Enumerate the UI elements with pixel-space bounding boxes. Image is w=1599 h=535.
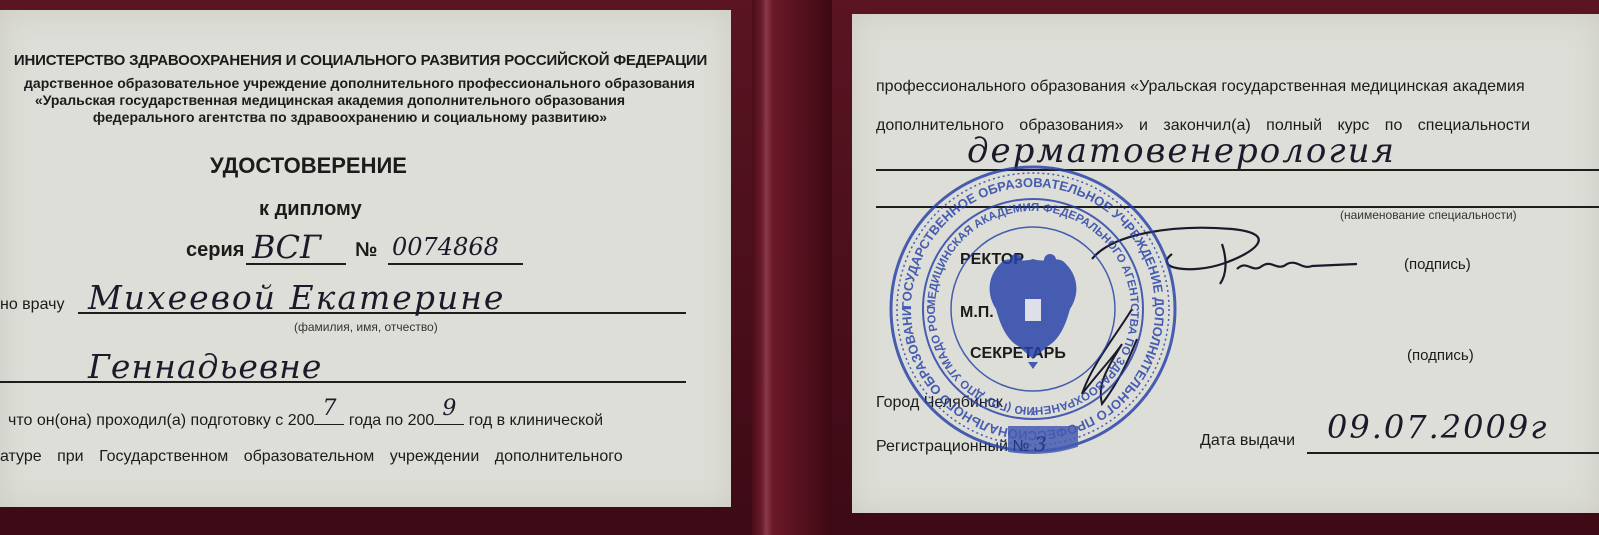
cover-spine: [752, 0, 832, 535]
issue-date-underline: [1307, 452, 1599, 454]
number-value: 0074868: [392, 233, 499, 261]
rector-signature-icon: [1052, 214, 1372, 294]
document-title: УДОСТОВЕРЕНИЕ: [210, 153, 407, 179]
recipient-name-line-1: Михеевой Екатерине: [88, 278, 505, 317]
document-subtitle: к диплому: [259, 198, 362, 221]
institution-line-2: «Уральская государственная медицинская а…: [0, 92, 660, 108]
secretary-signature-icon: [1062, 304, 1152, 414]
secretary-label: СЕКРЕТАРЬ: [970, 345, 1066, 363]
right-page: профессионального образования «Уральская…: [852, 14, 1599, 513]
series-label: серия: [186, 239, 244, 262]
issue-date-label: Дата выдачи: [1200, 432, 1295, 450]
specialty-caption: (наименование специальности): [1340, 208, 1517, 222]
city-label: Город: [876, 394, 919, 411]
city-value: Челябинск: [924, 394, 1003, 411]
training-text-after: год в клинической: [469, 412, 603, 429]
rector-signature-caption: (подпись): [1404, 256, 1471, 273]
year-to-underline: 9: [434, 410, 464, 425]
number-label: №: [355, 239, 377, 262]
registration-label: Регистрационный №: [876, 438, 1029, 455]
issue-date-value: 09.07.2009г: [1327, 408, 1548, 446]
recipient-name-line-2: Геннадьевне: [88, 347, 322, 386]
year-to-value: 9: [442, 396, 456, 421]
body-line-2: атуре при Государственном образовательно…: [0, 448, 623, 466]
right-body-line-1: профессионального образования «Уральская…: [876, 78, 1525, 96]
name-caption: (фамилия, имя, отчество): [294, 320, 438, 334]
seal-label: М.П.: [960, 304, 994, 322]
registration-field: Регистрационный № 3: [876, 432, 1047, 456]
year-from-value: 7: [322, 396, 336, 421]
specialty-value: дерматовенерология: [967, 131, 1396, 171]
series-value: ВСГ: [252, 228, 321, 266]
registration-value: 3: [1034, 432, 1047, 456]
number-underline: [388, 263, 523, 265]
city-field: Город Челябинск: [876, 394, 1003, 412]
institution-line-1: дарственное образовательное учреждение д…: [0, 75, 731, 91]
training-period-line: что он(она) проходил(а) подготовку с 200…: [8, 410, 603, 430]
training-text-before: что он(она) проходил(а) подготовку с 200: [8, 412, 314, 429]
secretary-signature-caption: (подпись): [1407, 347, 1474, 364]
institution-line-3: федерального агентства по здравоохранени…: [0, 109, 700, 125]
year-from-underline: 7: [314, 410, 344, 425]
svg-text:*: *: [1029, 406, 1036, 426]
issued-to-label: но врачу: [0, 296, 64, 314]
left-page: ИНИСТЕРСТВО ЗДРАВООХРАНЕНИЯ И СОЦИАЛЬНОГ…: [0, 10, 731, 507]
ministry-header: ИНИСТЕРСТВО ЗДРАВООХРАНЕНИЯ И СОЦИАЛЬНОГ…: [0, 52, 731, 69]
svg-text:МЕДИЦИНСКАЯ АКАДЕМИЯ ФЕДЕРАЛЬН: МЕДИЦИНСКАЯ АКАДЕМИЯ ФЕДЕРАЛЬНОГО АГЕНТС…: [888, 164, 1140, 416]
rector-label: РЕКТОР: [960, 251, 1024, 269]
training-text-middle: года по 200: [349, 412, 434, 429]
